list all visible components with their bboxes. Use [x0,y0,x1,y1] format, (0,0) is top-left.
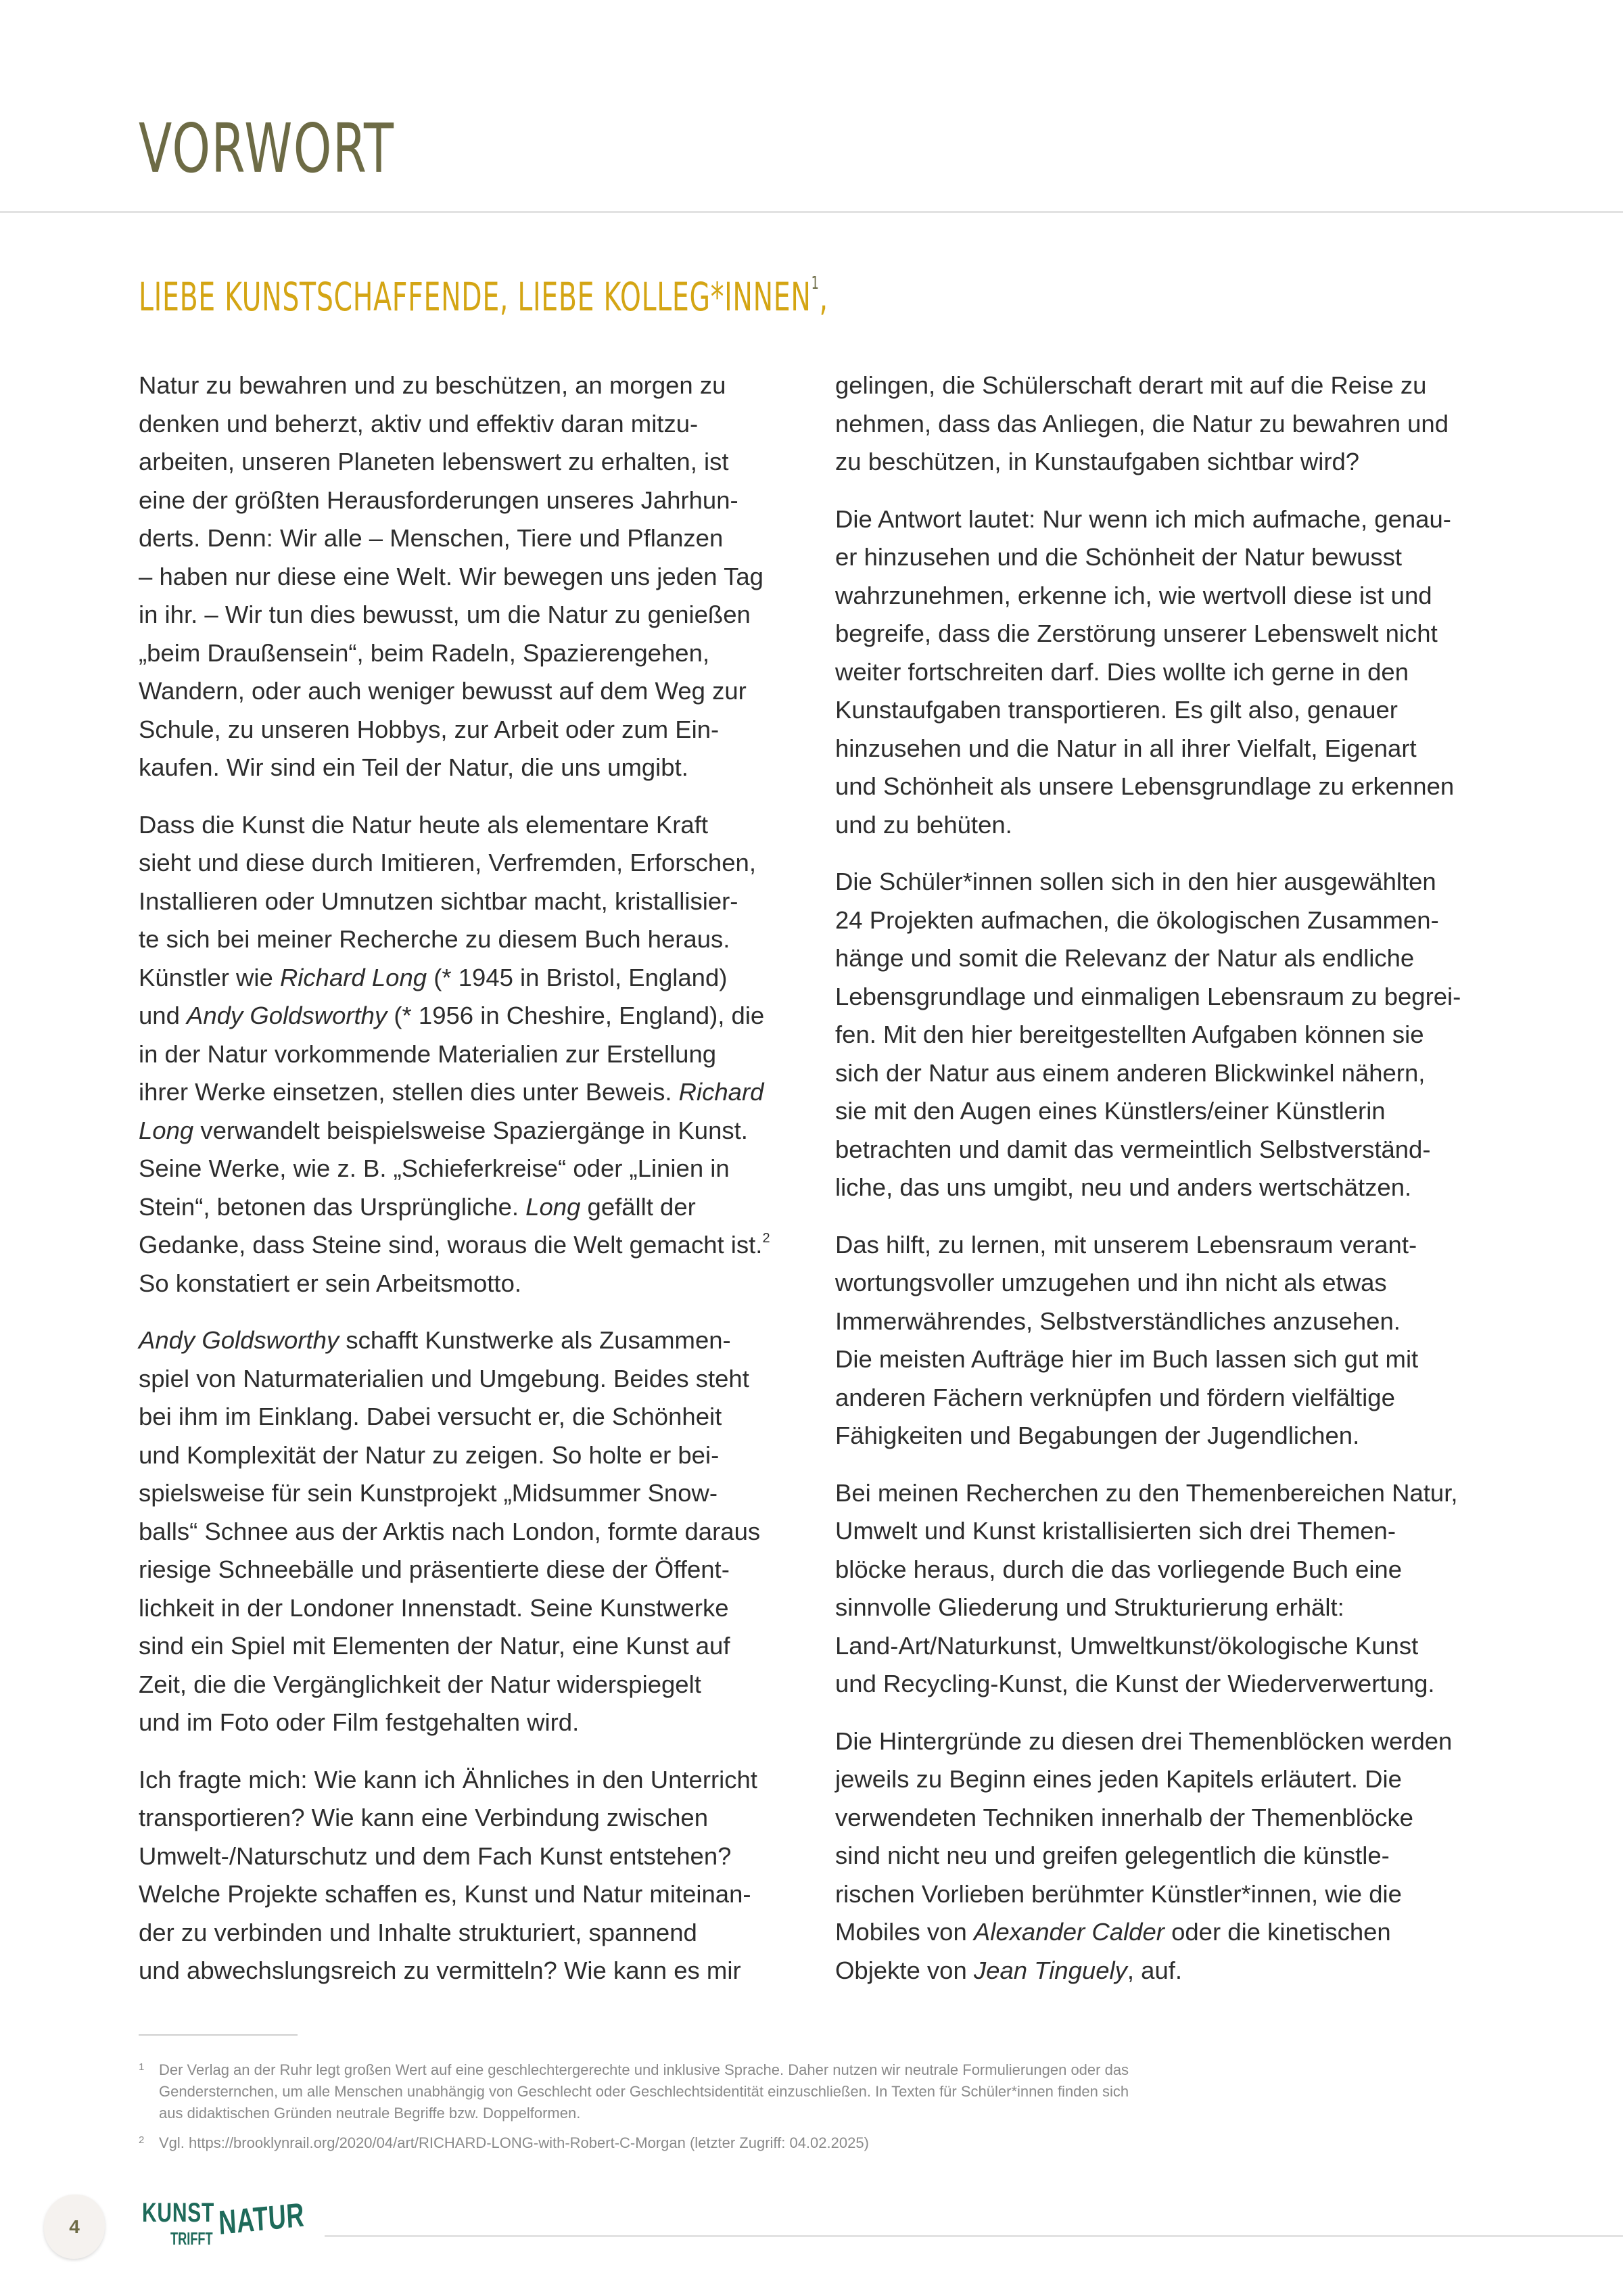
text-line: kaufen. Wir sind ein Teil der Natur, die… [139,749,781,787]
left-column: Natur zu bewahren und zu beschützen, an … [139,367,781,2009]
page-title: VORWORT [139,115,394,183]
artist-name: Long [525,1193,580,1221]
paragraph-6: Die Antwort lautet: Nur wenn ich mich au… [835,500,1478,845]
text-run: verwandelt beispielsweise Spaziergänge i… [193,1117,748,1144]
salutation-text: LIEBE KUNSTSCHAFFENDE, LIEBE KOLLEG*INNE… [139,274,811,320]
text-line: Mobiles von Alexander Calder oder die ki… [835,1913,1478,1952]
salutation-comma: , [820,274,828,320]
paragraph-1: Natur zu bewahren und zu beschützen, an … [139,367,781,787]
text-line: begreife, dass die Zerstörung unserer Le… [835,615,1478,653]
text-line: Objekte von Jean Tinguely, auf. [835,1952,1478,1990]
artist-name: Jean Tinguely [974,1957,1127,1984]
kunst-trifft-natur-logo: KUNST TRIFFT NATUR [142,2198,318,2262]
text-line: fen. Mit den hier bereitgestellten Aufga… [835,1016,1478,1054]
salutation-heading: LIEBE KUNSTSCHAFFENDE, LIEBE KOLLEG*INNE… [139,274,828,319]
text-line: balls“ Schnee aus der Arktis nach London… [139,1513,781,1551]
footnote-ref-1[interactable]: 1 [811,273,820,294]
text-line: sieht und diese durch Imitieren, Verfrem… [139,844,781,883]
text-line: derts. Denn: Wir alle – Menschen, Tiere … [139,519,781,558]
logo-word-natur: NATUR [218,2195,306,2243]
text-run: Objekte von [835,1957,974,1984]
text-line: wahrzunehmen, erkenne ich, wie wertvoll … [835,577,1478,615]
text-line: Schule, zu unseren Hobbys, zur Arbeit od… [139,711,781,749]
paragraph-2: Dass die Kunst die Natur heute als eleme… [139,806,781,1303]
text-line: sie mit den Augen eines Künstlers/einer … [835,1092,1478,1131]
artist-name: Andy Goldsworthy [187,1002,387,1029]
text-line: Fähigkeiten und Begabungen der Jugendlic… [835,1417,1478,1455]
text-line: und zu behüten. [835,806,1478,845]
text-line: Ich fragte mich: Wie kann ich Ähnliches … [139,1761,781,1800]
text-line: Gedanke, dass Steine sind, woraus die We… [139,1226,781,1265]
text-line: betrachten und damit das vermeintlich Se… [835,1131,1478,1169]
text-line: Umwelt-/Naturschutz und dem Fach Kunst e… [139,1837,781,1876]
text-line: jeweils zu Beginn eines jeden Kapitels e… [835,1760,1478,1799]
text-line: Bei meinen Recherchen zu den Themenberei… [835,1474,1478,1513]
text-line: anderen Fächern verknüpfen und fördern v… [835,1379,1478,1418]
right-column: gelingen, die Schülerschaft derart mit a… [835,367,1478,2009]
text-line: rischen Vorlieben berühmter Künstler*inn… [835,1875,1478,1914]
text-line: Welche Projekte schaffen es, Kunst und N… [139,1875,781,1914]
artist-name: Richard Long [280,964,427,991]
paragraph-7: Die Schüler*innen sollen sich in den hie… [835,863,1478,1207]
text-line: und abwechslungsreich zu vermitteln? Wie… [139,1952,781,1990]
text-line: Wandern, oder auch weniger bewusst auf d… [139,672,781,711]
text-line: riesige Schneebälle und präsentierte die… [139,1551,781,1589]
text-run: Mobiles von [835,1918,974,1946]
text-line: Installieren oder Umnutzen sichtbar mach… [139,883,781,921]
text-line: spielsweise für sein Kunstprojekt „Midsu… [139,1474,781,1513]
text-line: „beim Draußensein“, beim Radeln, Spazier… [139,634,781,673]
text-run: (* 1956 in Cheshire, England), die [387,1002,764,1029]
text-run: oder die kinetischen [1165,1918,1391,1946]
text-line: te sich bei meiner Recherche zu diesem B… [139,920,781,959]
text-line: Seine Werke, wie z. B. „Schieferkreise“ … [139,1150,781,1188]
text-line: – haben nur diese eine Welt. Wir bewegen… [139,558,781,596]
footnote-2: 2 Vgl. https://brooklynrail.org/2020/04/… [139,2132,1288,2154]
paragraph-9: Bei meinen Recherchen zu den Themenberei… [835,1474,1478,1704]
footnote-link[interactable]: Vgl. https://brooklynrail.org/2020/04/ar… [159,2132,1288,2154]
text-run: Stein“, betonen das Ursprüngliche. [139,1193,525,1221]
text-line: Die meisten Aufträge hier im Buch lassen… [835,1340,1478,1379]
text-line: verwendeten Techniken innerhalb der Them… [835,1799,1478,1837]
text-run: Künstler wie [139,964,280,991]
text-line: zu beschützen, in Kunstaufgaben sichtbar… [835,443,1478,482]
text-line: So konstatiert er sein Arbeitsmotto. [139,1265,781,1303]
page-number-badge: 4 [44,2195,105,2259]
text-line: und Schönheit als unsere Lebensgrundlage… [835,768,1478,806]
footnote-divider [139,2034,298,2036]
text-line: transportieren? Wie kann eine Verbindung… [139,1799,781,1837]
text-line: Die Antwort lautet: Nur wenn ich mich au… [835,500,1478,539]
footnote-line: Gendersternchen, um alle Menschen unabhä… [159,2081,1288,2103]
artist-name: Alexander Calder [974,1918,1165,1946]
artist-name: Richard [679,1078,764,1106]
text-line: Das hilft, zu lernen, mit unserem Lebens… [835,1226,1478,1265]
text-line: gelingen, die Schülerschaft derart mit a… [835,367,1478,405]
text-line: sind nicht neu und greifen gelegentlich … [835,1837,1478,1875]
text-line: nehmen, dass das Anliegen, die Natur zu … [835,405,1478,444]
text-line: sinnvolle Gliederung und Strukturierung … [835,1589,1478,1627]
text-line: bei ihm im Einklang. Dabei versucht er, … [139,1398,781,1436]
text-line: in der Natur vorkommende Materialien zur… [139,1035,781,1074]
footnotes: 1 Der Verlag an der Ruhr legt großen Wer… [139,2059,1288,2162]
paragraph-10: Die Hintergründe zu diesen drei Themenbl… [835,1723,1478,1990]
text-line: Künstler wie Richard Long (* 1945 in Bri… [139,959,781,998]
text-line: arbeiten, unseren Planeten lebenswert zu… [139,443,781,482]
text-line: eine der größten Herausforderungen unser… [139,482,781,520]
text-line: Immerwährendes, Selbstverständliches anz… [835,1303,1478,1341]
footnote-number: 2 [139,2130,144,2151]
footnote-1: 1 Der Verlag an der Ruhr legt großen Wer… [139,2059,1288,2124]
text-run: gefällt der [580,1193,695,1221]
footnote-number: 1 [139,2057,144,2078]
paragraph-4: Ich fragte mich: Wie kann ich Ähnliches … [139,1761,781,1990]
text-run: ihrer Werke einsetzen, stellen dies unte… [139,1078,679,1106]
text-run: , auf. [1127,1957,1182,1984]
footer-divider [325,2235,1623,2237]
text-line: liche, das uns umgibt, neu und anders we… [835,1169,1478,1207]
text-line: der zu verbinden und Inhalte strukturier… [139,1914,781,1952]
text-line: und im Foto oder Film festgehalten wird. [139,1704,781,1742]
text-line: hänge und somit die Relevanz der Natur a… [835,939,1478,978]
text-line: spiel von Naturmaterialien und Umgebung.… [139,1360,781,1399]
text-line: Long verwandelt beispielsweise Spaziergä… [139,1112,781,1150]
page-number: 4 [69,2216,80,2238]
text-line: Andy Goldsworthy schafft Kunstwerke als … [139,1321,781,1360]
text-run: schafft Kunstwerke als Zusammen- [339,1326,731,1354]
text-line: hinzusehen und die Natur in all ihrer Vi… [835,730,1478,768]
footnote-ref-2[interactable]: 2 [762,1231,770,1246]
text-line: blöcke heraus, durch die das vorliegende… [835,1551,1478,1589]
text-line: sich der Natur aus einem anderen Blickwi… [835,1054,1478,1093]
footnote-line: aus didaktischen Gründen neutrale Begrif… [159,2103,1288,2124]
text-line: Zeit, die die Vergänglichkeit der Natur … [139,1666,781,1704]
artist-name: Long [139,1117,193,1144]
paragraph-5: gelingen, die Schülerschaft derart mit a… [835,367,1478,482]
text-line: 24 Projekten aufmachen, die ökologischen… [835,901,1478,940]
text-line: Land-Art/Naturkunst, Umweltkunst/ökologi… [835,1627,1478,1666]
text-line: und Andy Goldsworthy (* 1956 in Cheshire… [139,997,781,1035]
logo-word-kunst: KUNST [142,2198,214,2228]
text-line: Umwelt und Kunst kristallisierten sich d… [835,1512,1478,1551]
footnote-line: Der Verlag an der Ruhr legt großen Wert … [159,2059,1288,2081]
text-line: Natur zu bewahren und zu beschützen, an … [139,367,781,405]
text-line: Lebensgrundlage und einmaligen Lebensrau… [835,978,1478,1016]
text-line: er hinzusehen und die Schönheit der Natu… [835,538,1478,577]
text-line: und Recycling-Kunst, die Kunst der Wiede… [835,1665,1478,1704]
text-line: Stein“, betonen das Ursprüngliche. Long … [139,1188,781,1227]
text-run: und [139,1002,187,1029]
text-line: Kunstaufgaben transportieren. Es gilt al… [835,691,1478,730]
logo-word-trifft: TRIFFT [170,2228,213,2249]
paragraph-8: Das hilft, zu lernen, mit unserem Lebens… [835,1226,1478,1455]
text-line: Die Hintergründe zu diesen drei Themenbl… [835,1723,1478,1761]
artist-name: Andy Goldsworthy [139,1326,339,1354]
text-line: wortungsvoller umzugehen und ihn nicht a… [835,1264,1478,1303]
text-line: und Komplexität der Natur zu zeigen. So … [139,1436,781,1475]
text-line: Dass die Kunst die Natur heute als eleme… [139,806,781,845]
text-line: in ihr. – Wir tun dies bewusst, um die N… [139,596,781,634]
text-line: sind ein Spiel mit Elementen der Natur, … [139,1627,781,1666]
text-line: Die Schüler*innen sollen sich in den hie… [835,863,1478,901]
text-line: denken und beherzt, aktiv und effektiv d… [139,405,781,444]
text-line: weiter fortschreiten darf. Dies wollte i… [835,653,1478,692]
text-line: lichkeit in der Londoner Innenstadt. Sei… [139,1589,781,1628]
text-run: Gedanke, dass Steine sind, woraus die We… [139,1231,762,1259]
text-line: ihrer Werke einsetzen, stellen dies unte… [139,1073,781,1112]
page-footer: 4 KUNST TRIFFT NATUR [0,2178,1623,2296]
text-run: (* 1945 in Bristol, England) [427,964,727,991]
header-divider [0,211,1623,213]
paragraph-3: Andy Goldsworthy schafft Kunstwerke als … [139,1321,781,1742]
